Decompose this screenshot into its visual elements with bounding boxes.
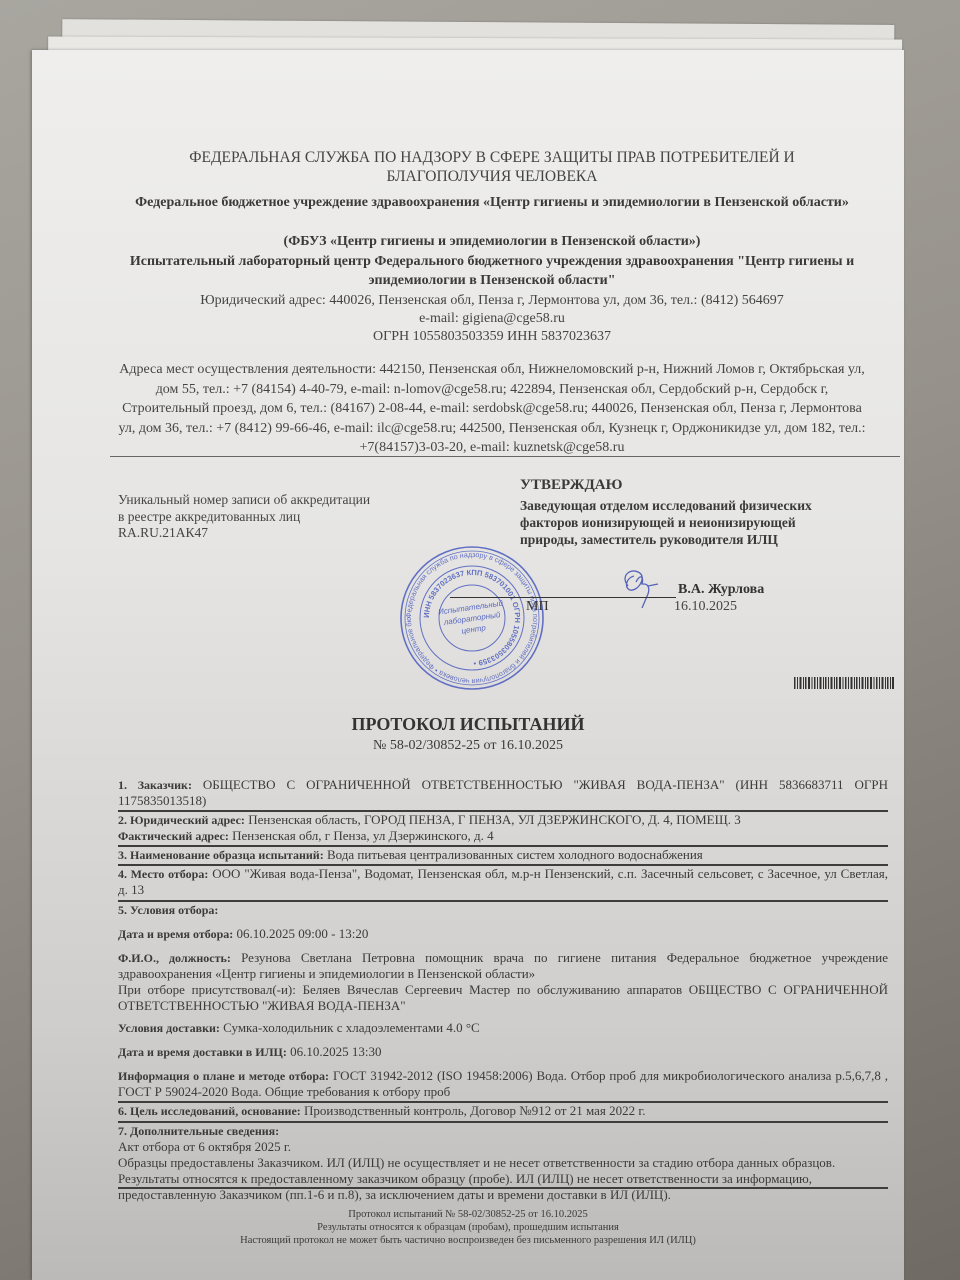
activity-sites: Адреса мест осуществления деятельности: … bbox=[112, 360, 872, 458]
additional-info-text: Образцы предоставлены Заказчиком. ИЛ (ИЛ… bbox=[118, 1155, 888, 1203]
delivery-conditions: Условия доставки: Сумка-холодильник с хл… bbox=[118, 1020, 888, 1036]
delivery-datetime: Дата и время доставки в ИЛЦ: 06.10.2025 … bbox=[118, 1044, 888, 1060]
sampling-act: Акт отбора от 6 октября 2025 г. bbox=[118, 1139, 888, 1155]
footer-protocol-ref: Протокол испытаний № 58-02/30852-25 от 1… bbox=[32, 1208, 904, 1221]
legal-address-value: Пензенская область, ГОРОД ПЕНЗА, Г ПЕНЗА… bbox=[248, 812, 741, 827]
document-page: ФЕДЕРАЛЬНАЯ СЛУЖБА ПО НАДЗОРУ В СФЕРЕ ЗА… bbox=[32, 50, 904, 1280]
lab-name: Испытательный лабораторный центр Федерал… bbox=[122, 252, 862, 290]
accreditation-block: Уникальный номер записи об аккредитации … bbox=[118, 492, 418, 542]
protocol-number: № 58-02/30852-25 от 16.10.2025 bbox=[32, 738, 904, 754]
legal-block: Юридический адрес: 440026, Пензенская об… bbox=[122, 292, 862, 346]
sampling-datetime-value: 06.10.2025 09:00 - 13:20 bbox=[237, 926, 369, 941]
delivery-datetime-value: 06.10.2025 13:30 bbox=[290, 1044, 381, 1059]
divider bbox=[118, 1187, 888, 1189]
sample-name-value: Вода питьевая централизованных систем хо… bbox=[327, 847, 703, 862]
seal-place-label: МП bbox=[526, 599, 549, 615]
actual-address-value: Пензенская обл, г Пенза, ул Дзержинского… bbox=[232, 828, 493, 843]
signatory-name: В.А. Журлова bbox=[678, 582, 764, 598]
approval-title: УТВЕРЖДАЮ bbox=[520, 477, 623, 494]
email: e-mail: gigiena@cge58.ru bbox=[122, 310, 862, 328]
legal-address: Юридический адрес: 440026, Пензенская об… bbox=[122, 292, 862, 310]
sampling-place-label: 4. Место отбора: bbox=[118, 867, 208, 881]
sampling-method: Информация о плане и методе отбора: ГОСТ… bbox=[118, 1068, 888, 1100]
accreditation-line2: в реестре аккредитованных лиц bbox=[118, 509, 418, 526]
accreditation-line1: Уникальный номер записи об аккредитации bbox=[118, 492, 418, 509]
sampling-datetime: Дата и время отбора: 06.10.2025 09:00 - … bbox=[118, 926, 888, 942]
footer-results-note: Результаты относятся к образцам (пробам)… bbox=[32, 1221, 904, 1234]
section-additional-info: 7. Дополнительные сведения: Акт отбора о… bbox=[118, 1123, 888, 1203]
page-footer: Протокол испытаний № 58-02/30852-25 от 1… bbox=[32, 1208, 904, 1247]
section-sampling-conditions-label: 5. Условия отбора: bbox=[118, 902, 888, 918]
agency-name: ФЕДЕРАЛЬНАЯ СЛУЖБА ПО НАДЗОРУ В СФЕРЕ ЗА… bbox=[132, 148, 852, 186]
institution-name: Федеральное бюджетное учреждение здравоо… bbox=[132, 193, 852, 212]
customer-value: ОБЩЕСТВО С ОГРАНИЧЕННОЙ ОТВЕТСТВЕННОСТЬЮ… bbox=[118, 777, 888, 808]
approval-role: Заведующая отделом исследований физическ… bbox=[520, 497, 840, 548]
legal-address-label: 2. Юридический адрес: bbox=[118, 813, 245, 827]
ogrn-inn: ОГРН 1055803503359 ИНН 5837023637 bbox=[122, 328, 862, 346]
delivery-conditions-value: Сумка-холодильник с хладоэлементами 4.0 … bbox=[223, 1020, 480, 1035]
purpose-value: Производственный контроль, Договор №912 … bbox=[304, 1103, 645, 1118]
signature-icon bbox=[614, 564, 674, 614]
signature-line bbox=[450, 597, 676, 598]
sample-name-label: 3. Наименование образца испытаний: bbox=[118, 848, 324, 862]
barcode-icon bbox=[794, 677, 894, 689]
customer-label: 1. Заказчик: bbox=[118, 778, 192, 792]
section-sample-name: 3. Наименование образца испытаний: Вода … bbox=[118, 847, 888, 863]
section-sampling-place: 4. Место отбора: ООО "Живая вода-Пенза",… bbox=[118, 866, 888, 898]
institution-short-name: (ФБУЗ «Центр гигиены и эпидемиологии в П… bbox=[132, 232, 852, 251]
approval-date: 16.10.2025 bbox=[674, 599, 737, 615]
stamp-icon: Федеральная служба по надзору в сфере за… bbox=[398, 544, 546, 692]
section-customer: 1. Заказчик: ОБЩЕСТВО С ОГРАНИЧЕННОЙ ОТВ… bbox=[118, 777, 888, 809]
protocol-title: ПРОТОКОЛ ИСПЫТАНИЙ bbox=[32, 714, 904, 735]
section-address: 2. Юридический адрес: Пензенская область… bbox=[118, 812, 888, 844]
present-persons: При отборе присутствовал(-и): Беляев Вяч… bbox=[118, 982, 888, 1014]
sampler-person-value: Резунова Светлана Петровна помощник врач… bbox=[118, 950, 888, 981]
section-purpose: 6. Цель исследований, основание: Произво… bbox=[118, 1103, 888, 1119]
svg-text:центр: центр bbox=[461, 623, 487, 635]
sampler-person: Ф.И.О., должность: Резунова Светлана Пет… bbox=[118, 950, 888, 1014]
footer-copy-note: Настоящий протокол не может быть частичн… bbox=[32, 1234, 904, 1247]
actual-address-label: Фактический адрес: bbox=[118, 829, 229, 843]
sampling-place-value: ООО "Живая вода-Пенза", Водомат, Пензенс… bbox=[118, 866, 888, 897]
accreditation-number: RA.RU.21АК47 bbox=[118, 525, 418, 542]
divider bbox=[110, 456, 900, 457]
